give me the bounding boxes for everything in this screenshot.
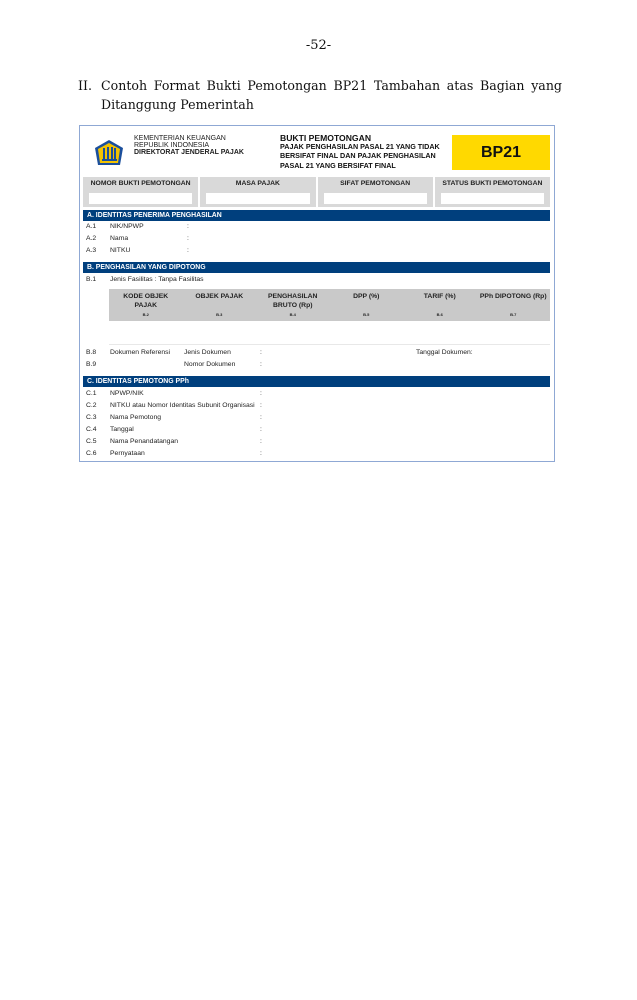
nomor-bukti-input[interactable] <box>89 193 192 204</box>
kemenkeu-logo-icon <box>93 139 125 167</box>
ministry-name: KEMENTERIAN KEUANGAN REPUBLIK INDONESIA … <box>134 135 244 156</box>
status-bukti-input[interactable] <box>441 193 544 204</box>
th-dpp: DPP (%)B.5 <box>330 289 404 321</box>
form-title: BUKTI PEMOTONGAN PAJAK PENGHASILAN PASAL… <box>280 134 440 170</box>
meta-status-bukti: STATUS BUKTI PEMOTONGAN <box>435 177 550 207</box>
page-number: -52- <box>0 38 637 53</box>
th-objek-pajak: OBJEK PAJAKB.3 <box>183 289 257 321</box>
table-divider <box>109 344 550 345</box>
section-heading: II. Contoh Format Bukti Pemotongan BP21 … <box>78 76 562 114</box>
income-table-header: KODE OBJEK PAJAKB.2 OBJEK PAJAKB.3 PENGH… <box>109 289 550 321</box>
sifat-pemotongan-input[interactable] <box>324 193 427 204</box>
meta-fields: NOMOR BUKTI PEMOTONGAN MASA PAJAK SIFAT … <box>83 177 550 207</box>
meta-sifat-pemotongan: SIFAT PEMOTONGAN <box>318 177 435 207</box>
meta-masa-pajak: MASA PAJAK <box>200 177 317 207</box>
form-badge: BP21 <box>452 135 550 170</box>
heading-text: Contoh Format Bukti Pemotongan BP21 Tamb… <box>101 76 562 114</box>
heading-number: II. <box>78 76 92 95</box>
section-a-header: A. IDENTITAS PENERIMA PENGHASILAN <box>83 210 550 221</box>
th-kode-objek: KODE OBJEK PAJAKB.2 <box>109 289 183 321</box>
th-pph-dipotong: PPh DIPOTONG (Rp)B.7 <box>477 289 551 321</box>
th-penghasilan-bruto: PENGHASILAN BRUTO (Rp)B.4 <box>256 289 330 321</box>
bp21-form: KEMENTERIAN KEUANGAN REPUBLIK INDONESIA … <box>79 125 555 462</box>
masa-pajak-input[interactable] <box>206 193 309 204</box>
section-c-header: C. IDENTITAS PEMOTONG PPh <box>83 376 550 387</box>
section-b-header: B. PENGHASILAN YANG DIPOTONG <box>83 262 550 273</box>
th-tarif: TARIF (%)B.6 <box>403 289 477 321</box>
meta-nomor-bukti: NOMOR BUKTI PEMOTONGAN <box>83 177 200 207</box>
